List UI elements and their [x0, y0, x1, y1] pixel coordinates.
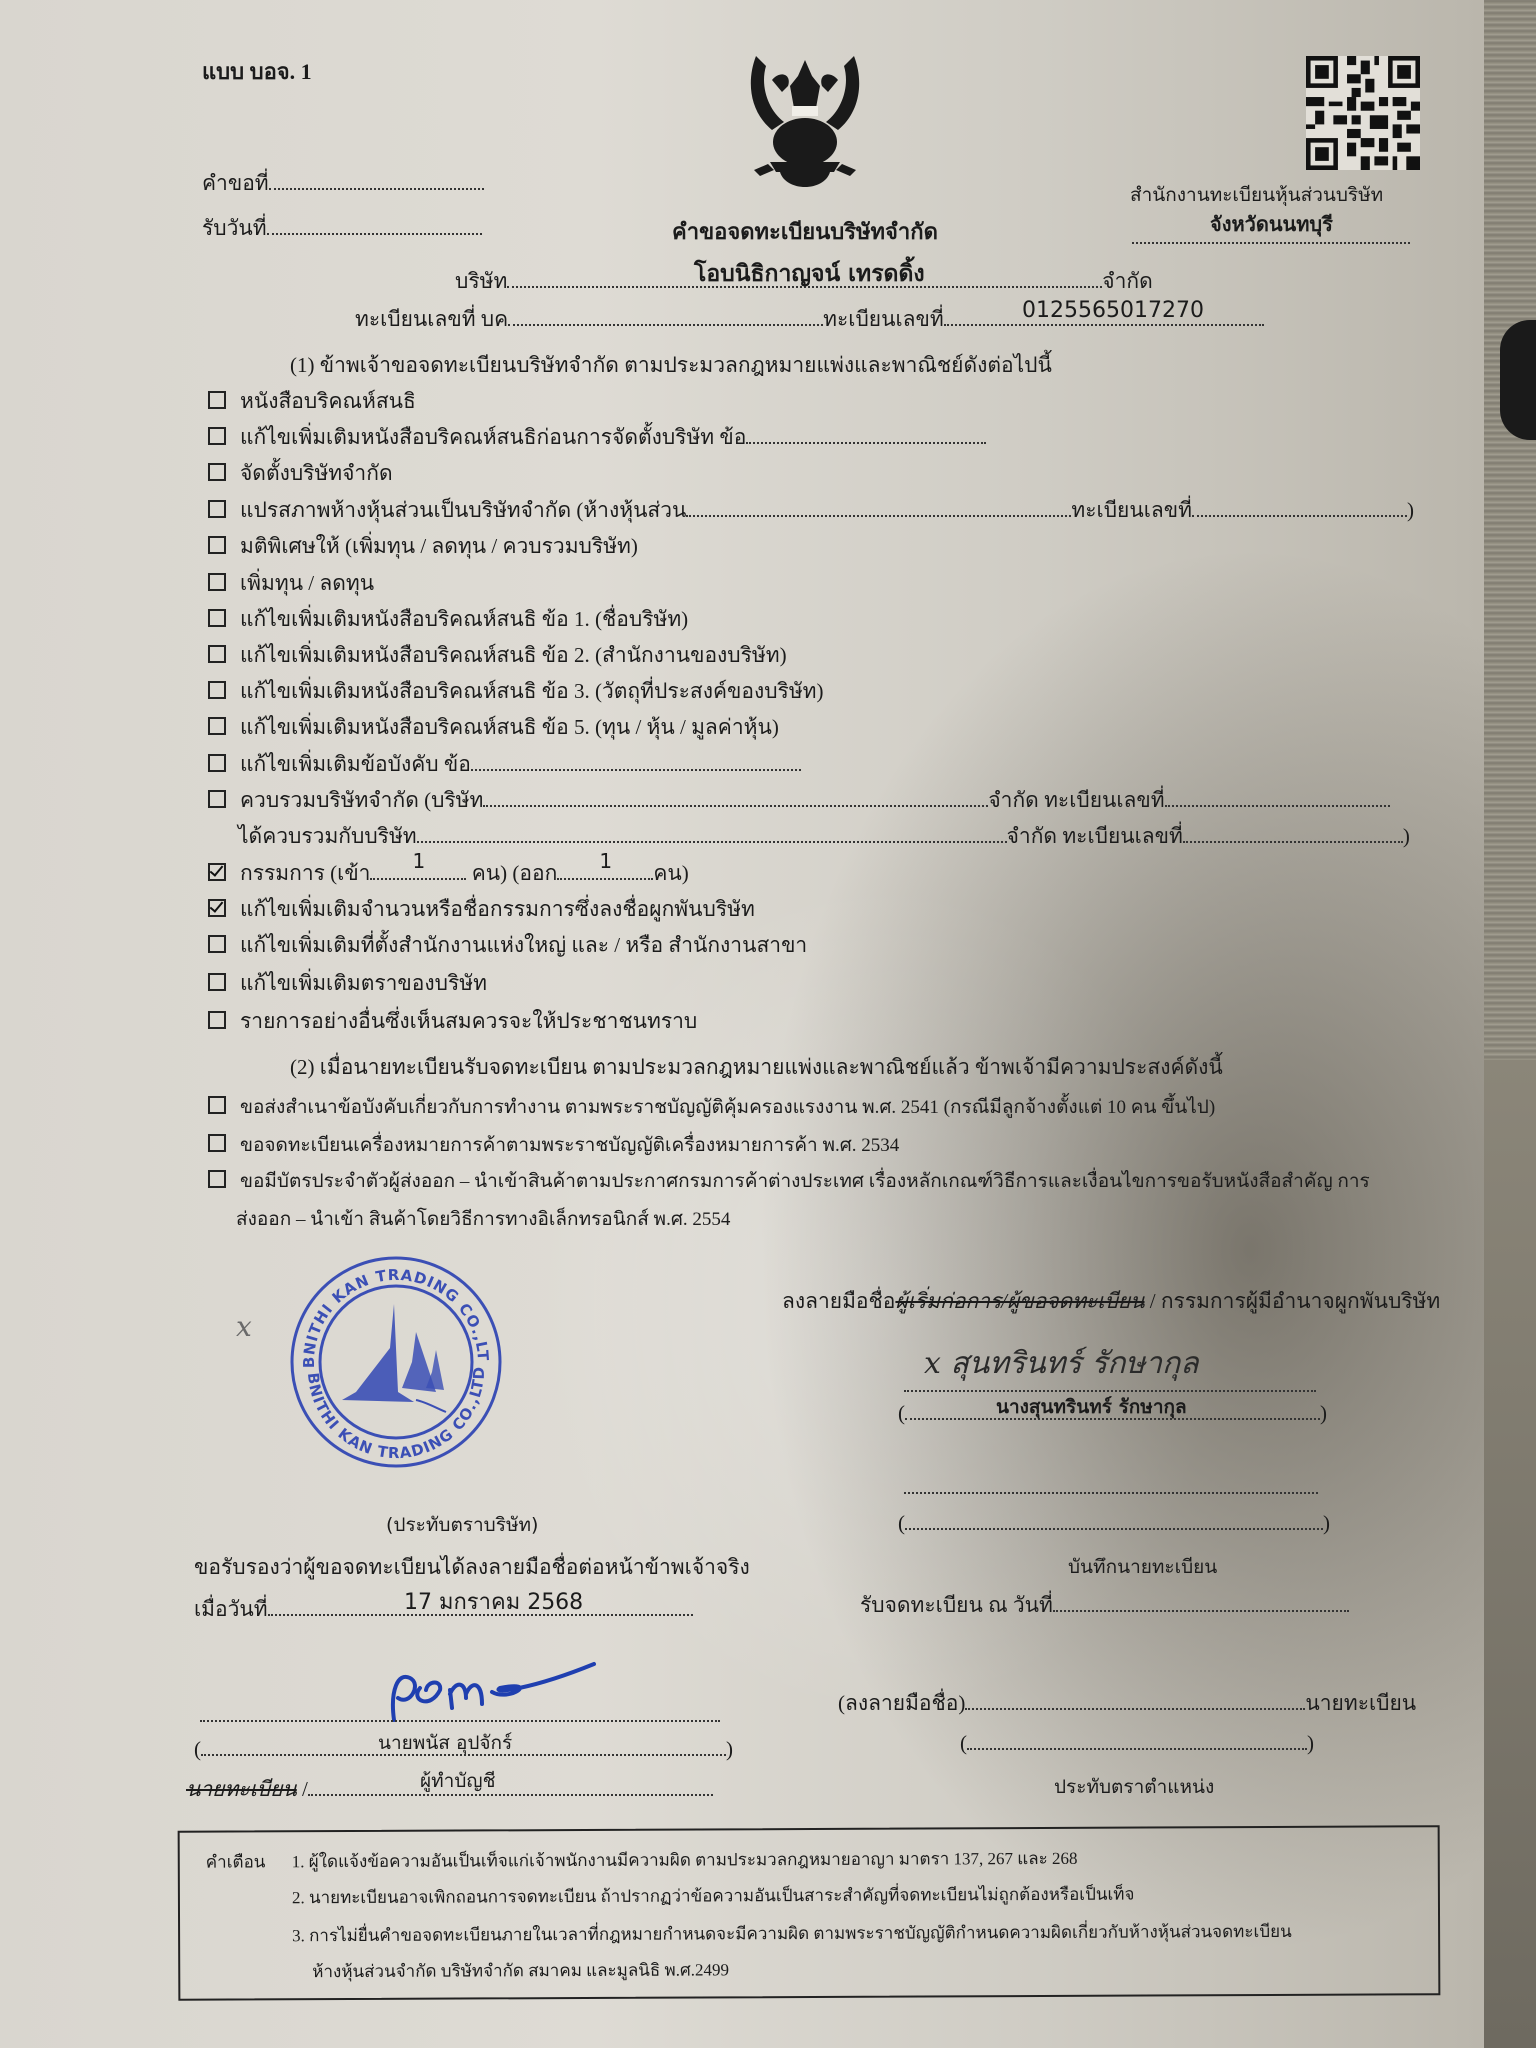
section1-item-label: แก้ไขเพิ่มเติมหนังสือบริคณห์สนธิ ข้อ 2. …	[240, 643, 787, 667]
section1-item-label: เพิ่มทุน / ลดทุน	[240, 571, 374, 595]
section1-item[interactable]: แก้ไขเพิ่มเติมหนังสือบริคณห์สนธิ ข้อ 2. …	[208, 642, 787, 668]
section1-item[interactable]: มติพิเศษให้ (เพิ่มทุน / ลดทุน / ควบรวมบร…	[208, 533, 638, 559]
registrar-signature-field[interactable]: (ลงลายมือชื่อ)นายทะเบียน	[838, 1690, 1416, 1716]
checkbox[interactable]	[208, 573, 226, 591]
received-date-field[interactable]: รับวันที่	[202, 215, 482, 241]
checkbox[interactable]	[208, 536, 226, 554]
section1-item[interactable]: แก้ไขเพิ่มเติมหนังสือบริคณห์สนธิ ข้อ 3. …	[208, 678, 824, 704]
section1-item[interactable]: กรรมการ (เข้า1 คน) (ออก1คน)	[208, 860, 689, 886]
stamp-caption: (ประทับตราบริษัท)	[386, 1510, 538, 1540]
background-surface	[1480, 1060, 1536, 2048]
section2-item[interactable]: ขอมีบัตรประจำตัวผู้ส่งออก – นำเข้าสินค้า…	[208, 1166, 1370, 1196]
second-name-field[interactable]: ()	[898, 1510, 1330, 1536]
section1-item-label: แก้ไขเพิ่มเติมตราของบริษัท	[240, 971, 487, 995]
checkbox[interactable]	[208, 717, 226, 735]
checkbox[interactable]	[208, 973, 226, 991]
checkbox[interactable]	[208, 1170, 226, 1188]
section1-item-label: จัดตั้งบริษัทจำกัด	[240, 461, 393, 485]
section1-item-label: แก้ไขเพิ่มเติมหนังสือบริคณห์สนธิ ข้อ 5. …	[240, 715, 779, 739]
checkbox-checked[interactable]	[208, 899, 226, 917]
checkbox[interactable]	[208, 681, 226, 699]
section1-item-label: แก้ไขเพิ่มเติมหนังสือบริคณห์สนธิก่อนการจ…	[240, 425, 746, 449]
checkbox[interactable]	[208, 391, 226, 409]
applicant-signature-label: ลงลายมือชื่อผู้เริ่มก่อการ/ผู้ขอจดทะเบีย…	[782, 1288, 1440, 1314]
certifier-role-value: ผู้ทำบัญชี	[420, 1766, 495, 1796]
office-label: สำนักงานทะเบียนหุ้นส่วนบริษัท	[1130, 180, 1383, 210]
registrar-name-field[interactable]: ()	[960, 1730, 1314, 1756]
checkbox[interactable]	[208, 1011, 226, 1029]
registration-no-value: 0125565017270	[1022, 298, 1204, 323]
background-object	[1500, 320, 1536, 440]
section1-item[interactable]: จัดตั้งบริษัทจำกัด	[208, 460, 393, 486]
section1-item[interactable]: แก้ไขเพิ่มเติมข้อบังคับ ข้อ	[208, 751, 801, 777]
section1-item-label: ควบรวมบริษัทจำกัด (บริษัท	[240, 788, 483, 812]
checkbox[interactable]	[208, 935, 226, 953]
office-province-value: จังหวัดนนทบุรี	[1210, 208, 1333, 240]
section2-item-label-cont: ส่งออก – นำเข้า สินค้าโดยวิธีการทางอิเล็…	[236, 1204, 730, 1234]
applicant-name-value: นางสุนทรินทร์ รักษากุล	[996, 1392, 1187, 1422]
section2-item[interactable]: ขอส่งสำเนาข้อบังคับเกี่ยวกับการทำงาน ตาม…	[208, 1092, 1215, 1122]
garuda-emblem-icon	[738, 52, 872, 198]
section1-item-label: แก้ไขเพิ่มเติมจำนวนหรือชื่อกรรมการซึ่งลง…	[240, 897, 755, 921]
section1-heading: (1) ข้าพเจ้าขอจดทะเบียนบริษัทจำกัด ตามปร…	[290, 352, 1052, 378]
section1-item-label: แก้ไขเพิ่มเติมข้อบังคับ ข้อ	[240, 752, 471, 776]
section1-item[interactable]: แปรสภาพห้างหุ้นส่วนเป็นบริษัทจำกัด (ห้าง…	[208, 497, 1414, 523]
checkbox-checked[interactable]	[208, 863, 226, 881]
checkbox[interactable]	[208, 609, 226, 627]
second-signature-line[interactable]	[904, 1474, 1318, 1499]
section1-item[interactable]: หนังสือบริคณห์สนธิ	[208, 388, 416, 414]
warning-item-3-cont: ห้างหุ้นส่วนจำกัด บริษัทจำกัด สมาคม และม…	[312, 1956, 729, 1985]
section2-item[interactable]: ขอจดทะเบียนเครื่องหมายการค้าตามพระราชบัญ…	[208, 1130, 899, 1160]
section2-heading: (2) เมื่อนายทะเบียนรับจดทะเบียน ตามประมว…	[290, 1054, 1223, 1080]
checkbox[interactable]	[208, 1134, 226, 1152]
checkbox[interactable]	[208, 500, 226, 518]
certification-text: ขอรับรองว่าผู้ขอจดทะเบียนได้ลงลายมือชื่อ…	[194, 1554, 750, 1580]
directors-out-count: 1	[599, 848, 612, 874]
section1-item-label: แก้ไขเพิ่มเติมหนังสือบริคณห์สนธิ ข้อ 1. …	[240, 607, 688, 631]
section1-item[interactable]: รายการอย่างอื่นซึ่งเห็นสมควรจะให้ประชาชน…	[208, 1008, 697, 1034]
warning-box: คำเตือน 1. ผู้ใดแจ้งข้อความอันเป็นเท็จแก…	[178, 1825, 1441, 2001]
checkbox[interactable]	[208, 463, 226, 481]
checkbox[interactable]	[208, 1096, 226, 1114]
form-title: คำขอจดทะเบียนบริษัทจำกัด	[672, 214, 938, 249]
section1-item-label: แปรสภาพห้างหุ้นส่วนเป็นบริษัทจำกัด (ห้าง…	[240, 498, 686, 522]
form-code: แบบ บอจ. 1	[202, 54, 312, 89]
checkbox[interactable]	[208, 754, 226, 772]
checkbox[interactable]	[208, 645, 226, 663]
certification-date-value: 17 มกราคม 2568	[404, 1584, 583, 1619]
section2-item-label: ขอมีบัตรประจำตัวผู้ส่งออก – นำเข้าสินค้า…	[240, 1171, 1370, 1192]
form-paper: แบบ บอจ. 1 คำขอที่ รับวันที่	[0, 0, 1484, 2048]
warning-item-2: 2. นายทะเบียนอาจเพิกถอนการจดทะเบียน ถ้าป…	[292, 1881, 1135, 1912]
pen-mark: x	[236, 1310, 252, 1343]
section1-item[interactable]: แก้ไขเพิ่มเติมหนังสือบริคณห์สนธิ ข้อ 1. …	[208, 606, 688, 632]
section1-item-label: แก้ไขเพิ่มเติมที่ตั้งสำนักงานแห่งใหญ่ แล…	[240, 933, 807, 957]
registrar-seal-caption: ประทับตราตำแหน่ง	[1054, 1772, 1214, 1802]
section1-item[interactable]: แก้ไขเพิ่มเติมจำนวนหรือชื่อกรรมการซึ่งลง…	[208, 896, 755, 922]
section1-item[interactable]: เพิ่มทุน / ลดทุน	[208, 570, 374, 596]
certifier-name-value: นายพนัส อุปจักร์	[378, 1728, 512, 1758]
registrar-note-title: บันทึกนายทะเบียน	[1068, 1552, 1217, 1582]
registrar-received-date-field[interactable]: รับจดทะเบียน ณ วันที่	[860, 1592, 1349, 1618]
company-name-value: โอบนิธิกาญจน์ เทรดดิ้ง	[694, 256, 925, 292]
section1-item[interactable]: แก้ไขเพิ่มเติมที่ตั้งสำนักงานแห่งใหญ่ แล…	[208, 932, 807, 958]
checkbox[interactable]	[208, 790, 226, 808]
section1-item[interactable]: แก้ไขเพิ่มเติมตราของบริษัท	[208, 970, 487, 996]
request-no-field[interactable]: คำขอที่	[202, 170, 484, 196]
section1-item[interactable]: ได้ควบรวมกับบริษัทจำกัด ทะเบียนเลขที่)	[238, 823, 1410, 849]
section1-item-label: หนังสือบริคณห์สนธิ	[240, 389, 416, 413]
warning-title: คำเตือน	[206, 1848, 266, 1875]
warning-item-3: 3. การไม่ยื่นคำขอจดทะเบียนภายในเวลาที่กฎ…	[292, 1918, 1292, 1949]
company-stamp: OBNITHI KAN TRADING CO.,LTD. OBNITHI KAN…	[286, 1252, 506, 1472]
qr-code-icon	[1306, 56, 1420, 170]
section1-item-label: ได้ควบรวมกับบริษัท	[238, 824, 417, 848]
directors-in-count: 1	[412, 848, 425, 874]
certifier-signature-line[interactable]	[200, 1702, 720, 1727]
section2-item-label: ขอส่งสำเนาข้อบังคับเกี่ยวกับการทำงาน ตาม…	[240, 1097, 1215, 1118]
section1-item[interactable]: แก้ไขเพิ่มเติมหนังสือบริคณห์สนธิ ข้อ 5. …	[208, 714, 779, 740]
section1-item-label: แก้ไขเพิ่มเติมหนังสือบริคณห์สนธิ ข้อ 3. …	[240, 679, 824, 703]
section1-item[interactable]: แก้ไขเพิ่มเติมหนังสือบริคณห์สนธิก่อนการจ…	[208, 424, 986, 450]
section1-item[interactable]: ควบรวมบริษัทจำกัด (บริษัทจำกัด ทะเบียนเล…	[208, 787, 1390, 813]
checkbox[interactable]	[208, 427, 226, 445]
section2-item-label: ขอจดทะเบียนเครื่องหมายการค้าตามพระราชบัญ…	[240, 1135, 899, 1156]
section1-item-label: มติพิเศษให้ (เพิ่มทุน / ลดทุน / ควบรวมบร…	[240, 534, 638, 558]
background-fabric	[1480, 0, 1536, 1060]
warning-item-1: 1. ผู้ใดแจ้งข้อความอันเป็นเท็จแก่เจ้าพนั…	[292, 1845, 1078, 1875]
section1-item-label: รายการอย่างอื่นซึ่งเห็นสมควรจะให้ประชาชน…	[240, 1009, 697, 1033]
